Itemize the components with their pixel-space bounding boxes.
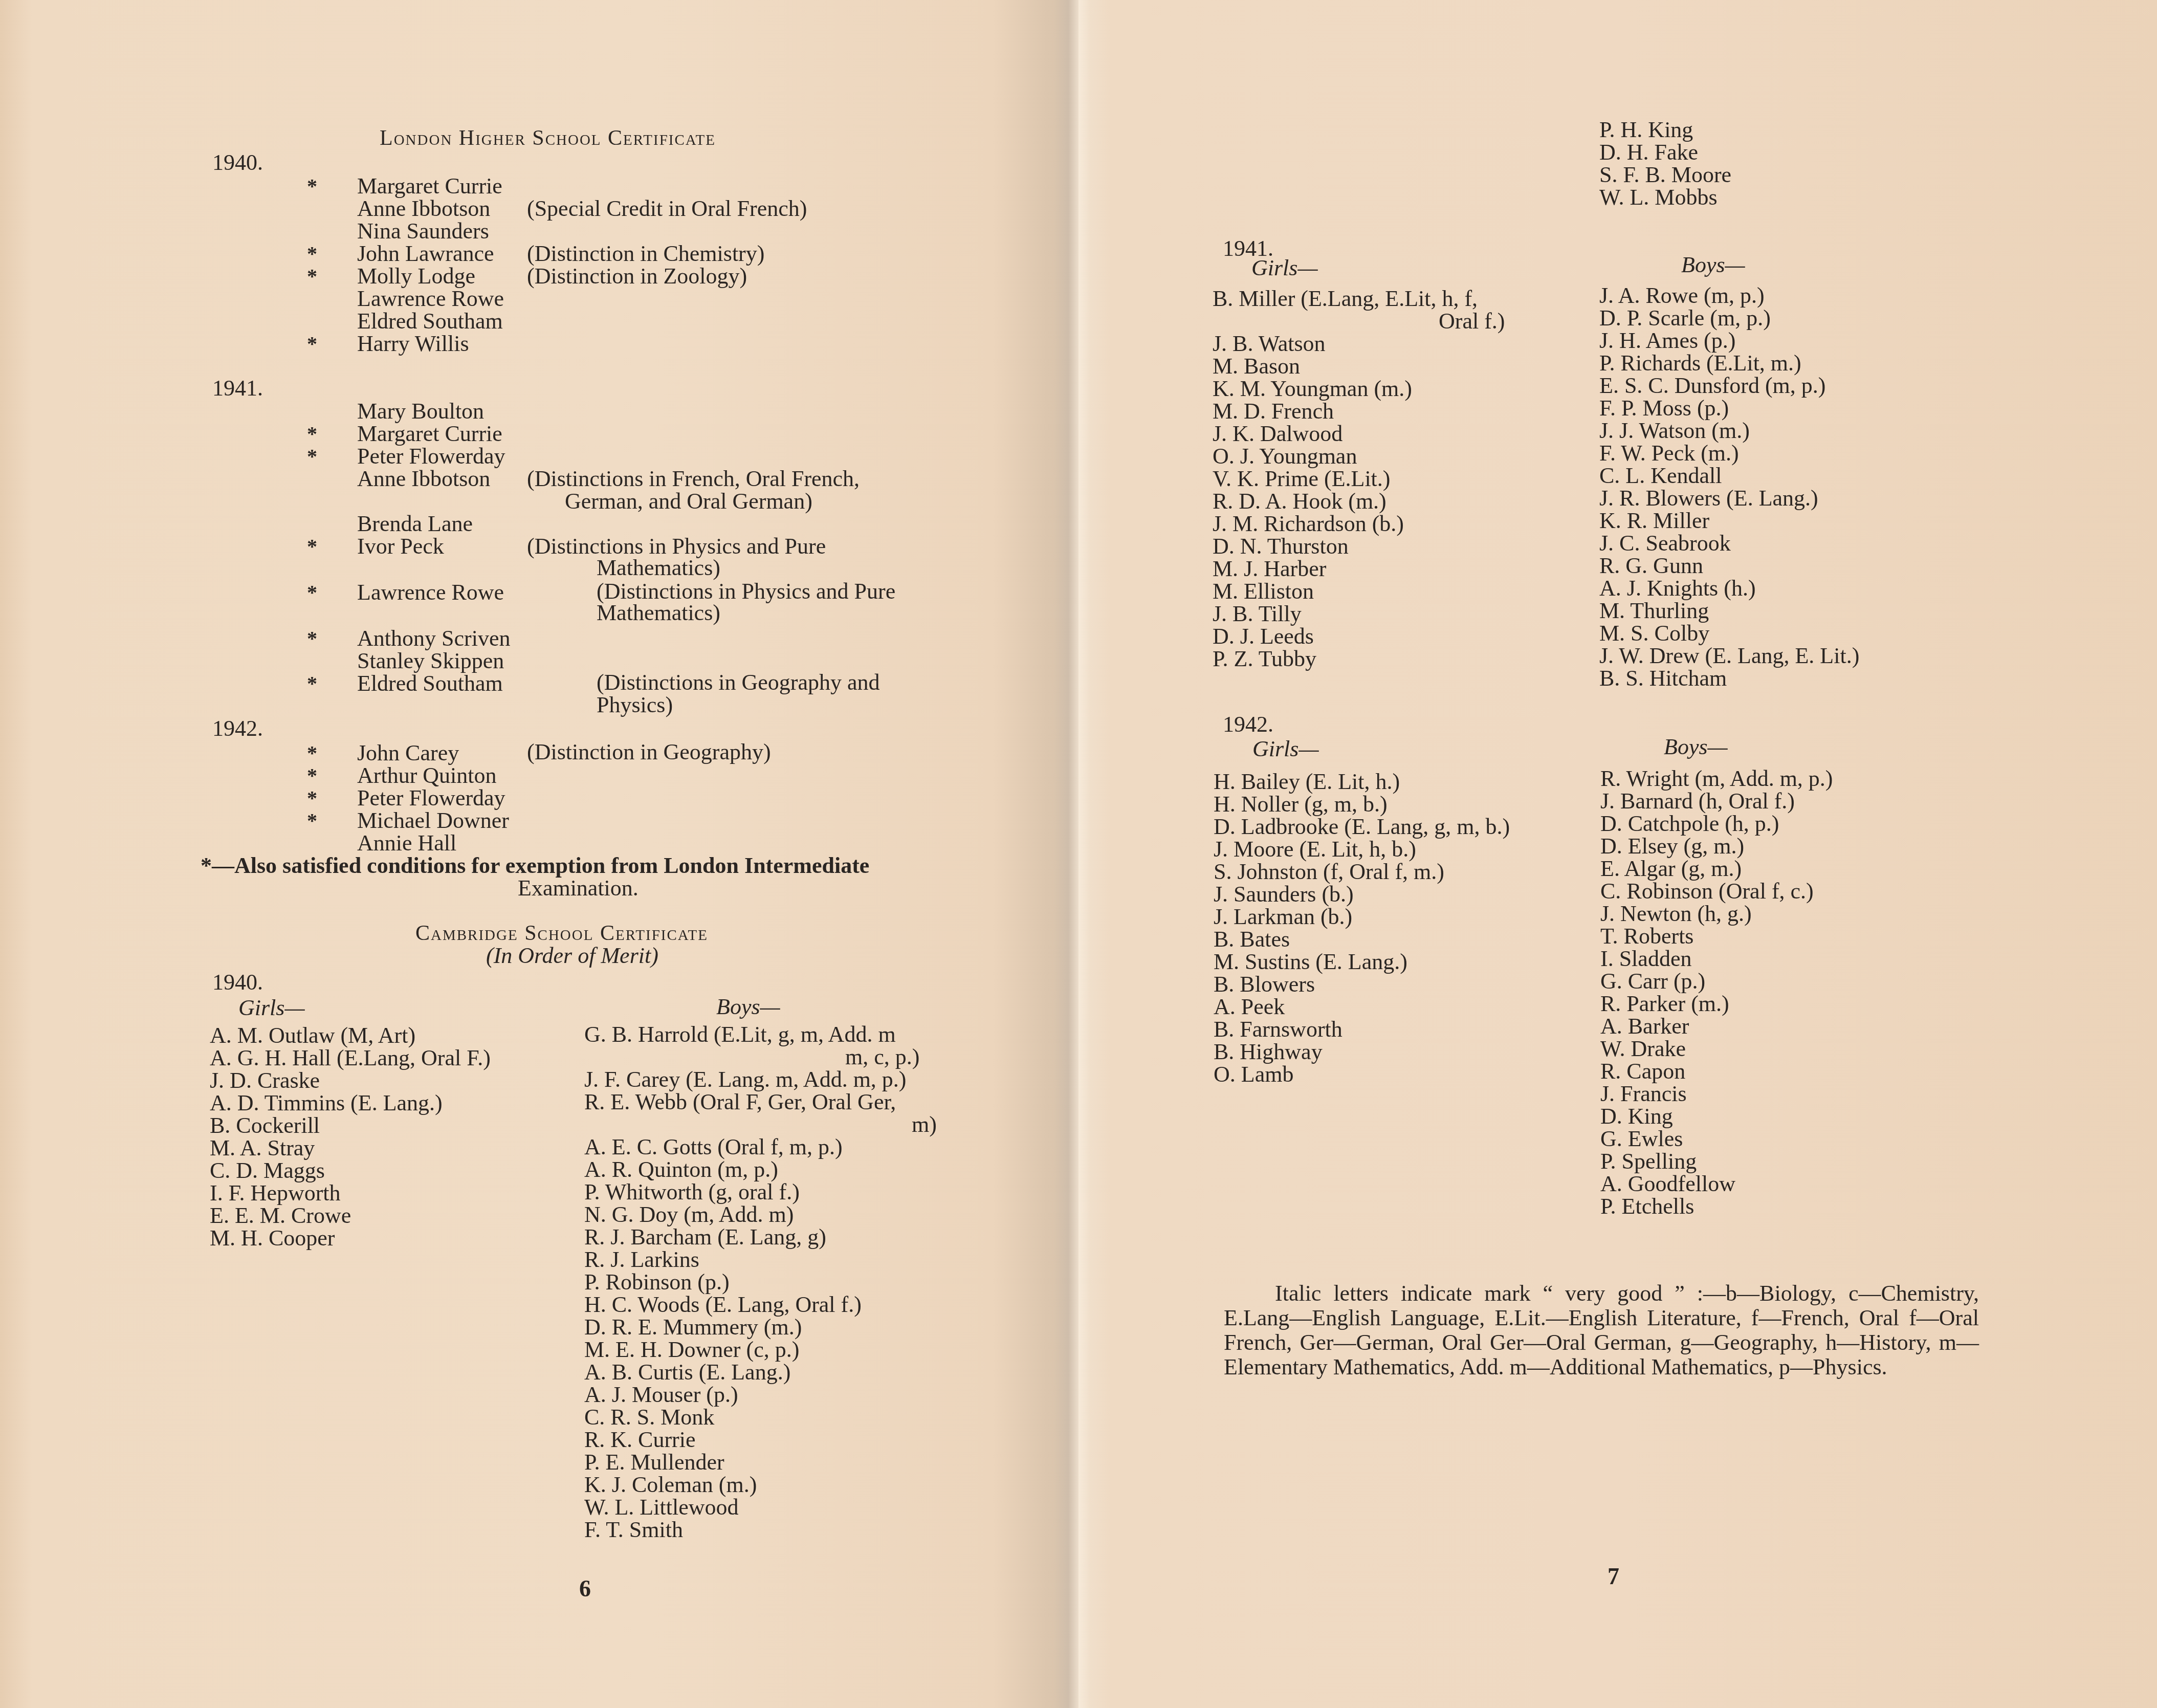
list-item: J. K. Dalwood [1213,423,1505,445]
list-item: K. R. Miller [1599,510,1859,532]
list-item: A. B. Curtis (E. Lang.) [584,1361,937,1384]
list-item: N. G. Doy (m, Add. m) [584,1203,937,1226]
list-item: A. Goodfellow [1600,1173,1833,1195]
list-item: M. A. Stray [210,1137,491,1159]
boys-label: Boys— [1681,254,1745,276]
list-item: P. Z. Tubby [1213,648,1505,670]
entry-note: (Distinction in Zoology) [527,263,747,289]
cambridge-certificate-title: Cambridge School Certificate [415,921,708,946]
entry-note: (Distinction in Geography) [527,739,771,765]
cambridge-1942-boys-list: R. Wright (m, Add. m, p.) J. Barnard (h,… [1600,768,1833,1218]
boys-label: Boys— [716,996,780,1018]
list-item: D. P. Scarle (m, p.) [1599,307,1859,330]
list-item: I. F. Hepworth [210,1182,491,1205]
list-item: R. Parker (m.) [1600,993,1833,1015]
asterisk-marker: * [307,444,317,468]
asterisk-marker: * [307,763,317,787]
list-item: A. G. H. Hall (E.Lang, Oral F.) [210,1047,491,1069]
entry-name: Lawrence Rowe [357,579,504,605]
list-item: M. S. Colby [1599,622,1859,645]
year-heading: 1940. [212,971,263,994]
list-item: H. Bailey (E. Lit, h.) [1214,771,1510,793]
list-item: A. Peek [1214,996,1510,1018]
list-item: A. D. Timmins (E. Lang.) [210,1092,491,1114]
list-item: R. K. Currie [584,1429,937,1451]
entry-name: Harry Willis [357,331,469,357]
list-item: K. M. Youngman (m.) [1213,378,1505,400]
cambridge-1941-boys-list: J. A. Rowe (m, p.) D. P. Scarle (m, p.) … [1599,284,1859,690]
list-item: W. L. Littlewood [584,1496,937,1519]
year-heading: 1942. [212,717,263,740]
list-item: G. Ewles [1600,1128,1833,1150]
list-item: G. B. Harrold (E.Lit, g, m, Add. m [584,1023,937,1046]
list-item: J. J. Watson (m.) [1599,420,1859,442]
list-item: T. Roberts [1600,925,1833,948]
list-item: D. R. E. Mummery (m.) [584,1316,937,1339]
list-item: R. J. Larkins [584,1249,937,1271]
list-item-continued: m, c, p.) [584,1046,937,1068]
asterisk-marker: * [307,264,317,288]
list-item: J. Larkman (b.) [1214,906,1510,928]
entry-note-continued: German, and Oral German) [565,488,812,514]
list-item: J. B. Tilly [1213,603,1505,625]
list-item: R. G. Gunn [1599,555,1859,577]
list-item: P. Robinson (p.) [584,1271,937,1294]
entry-name: Anne Ibbotson [357,466,490,492]
list-item: B. Cockerill [210,1114,491,1137]
list-item: C. Robinson (Oral f, c.) [1600,880,1833,903]
list-item: P. H. King [1599,119,1731,141]
list-item: D. Elsey (g, m.) [1600,835,1833,858]
list-item: B. Highway [1214,1041,1510,1063]
list-item: W. Drake [1600,1038,1833,1060]
cambridge-1940-boys-continued: P. H. King D. H. Fake S. F. B. Moore W. … [1599,119,1731,209]
list-item: F. W. Peck (m.) [1599,442,1859,465]
year-heading: 1942. [1223,713,1273,736]
list-item: M. Thurling [1599,600,1859,622]
entry-note: (Special Credit in Oral French) [527,195,807,222]
list-item: D. Ladbrooke (E. Lang, g, m, b.) [1214,816,1510,838]
list-item: P. Spelling [1600,1150,1833,1173]
list-item: R. Wright (m, Add. m, p.) [1600,768,1833,790]
list-item: J. R. Blowers (E. Lang.) [1599,487,1859,510]
asterisk-marker: * [307,671,317,695]
list-item: W. L. Mobbs [1599,186,1731,209]
list-item: J. B. Watson [1213,333,1505,355]
list-item: B. Bates [1214,928,1510,951]
asterisk-marker: * [307,808,317,833]
cambridge-subtitle: (In Order of Merit) [486,945,658,967]
list-item: J. Newton (h, g.) [1600,903,1833,925]
girls-label: Girls— [1252,738,1319,760]
list-item: D. J. Leeds [1213,625,1505,648]
list-item: J. A. Rowe (m, p.) [1599,284,1859,307]
list-item: A. J. Knights (h.) [1599,577,1859,600]
asterisk-marker: * [307,786,317,810]
london-certificate-title: London Higher School Certificate [380,126,716,150]
year-heading: 1941. [212,377,263,400]
boys-label: Boys— [1664,736,1728,758]
list-item: R. Capon [1600,1060,1833,1083]
list-item-continued: m) [584,1113,937,1136]
list-item: J. M. Richardson (b.) [1213,513,1505,535]
list-item: M. Sustins (E. Lang.) [1214,951,1510,973]
asterisk-marker: * [307,332,317,356]
list-item: R. E. Webb (Oral F, Ger, Oral Ger, [584,1091,937,1113]
asterisk-marker: * [307,741,317,765]
list-item: G. Carr (p.) [1600,970,1833,993]
list-item: O. J. Youngman [1213,445,1505,468]
list-item: J. Moore (E. Lit, h, b.) [1214,838,1510,861]
list-item: M. D. French [1213,400,1505,423]
list-item: J. H. Ames (p.) [1599,330,1859,352]
asterisk-marker: * [307,580,317,604]
list-item: H. Noller (g, m, b.) [1214,793,1510,816]
list-item: J. D. Craske [210,1069,491,1092]
subject-legend: Italic letters indicate mark “ very good… [1224,1281,1979,1379]
list-item: S. Johnston (f, Oral f, m.) [1214,861,1510,883]
list-item: V. K. Prime (E.Lit.) [1213,468,1505,490]
list-item: R. J. Barcham (E. Lang, g) [584,1226,937,1249]
list-item: M. E. H. Downer (c, p.) [584,1339,937,1361]
year-heading: 1940. [212,151,263,174]
list-item: B. S. Hitcham [1599,667,1859,690]
list-item: A. J. Mouser (p.) [584,1384,937,1406]
list-item: M. Bason [1213,355,1505,378]
list-item: F. P. Moss (p.) [1599,397,1859,420]
asterisk-marker: * [307,534,317,558]
london-footnote-continued: Examination. [518,877,639,900]
girls-label: Girls— [238,997,305,1019]
list-item: A. E. C. Gotts (Oral f, m, p.) [584,1136,937,1158]
list-item: J. C. Seabrook [1599,532,1859,555]
cambridge-1940-boys-list: G. B. Harrold (E.Lit, g, m, Add. m m, c,… [584,1023,937,1541]
asterisk-marker: * [307,422,317,446]
entry-note-continued: Mathematics) [597,600,720,626]
entry-note-continued: Physics) [597,692,673,718]
list-item: D. King [1600,1105,1833,1128]
list-item: I. Sladden [1600,948,1833,970]
list-item: C. R. S. Monk [584,1406,937,1429]
list-item: D. H. Fake [1599,141,1731,164]
entry-name: Eldred Southam [357,670,503,696]
list-item: A. Barker [1600,1015,1833,1038]
list-item: C. L. Kendall [1599,465,1859,487]
book-gutter [1054,0,1090,1708]
page-number: 6 [579,1575,591,1602]
list-item: A. R. Quinton (m, p.) [584,1158,937,1181]
list-item: C. D. Maggs [210,1159,491,1182]
list-item: D. Catchpole (h, p.) [1600,813,1833,835]
list-item: K. J. Coleman (m.) [584,1474,937,1496]
entry-note-continued: Mathematics) [597,555,720,581]
list-item: B. Blowers [1214,973,1510,996]
list-item: J. W. Drew (E. Lang, E. Lit.) [1599,645,1859,667]
list-item: B. Miller (E.Lang, E.Lit, h, f, [1213,288,1505,310]
list-item: P. Richards (E.Lit, m.) [1599,352,1859,375]
entry-name: Annie Hall [357,830,456,856]
cambridge-1940-girls-list: A. M. Outlaw (M, Art) A. G. H. Hall (E.L… [210,1024,491,1250]
list-item: M. Elliston [1213,580,1505,603]
list-item: J. Barnard (h, Oral f.) [1600,790,1833,813]
list-item: P. Etchells [1600,1195,1833,1218]
list-item: P. Whitworth (g, oral f.) [584,1181,937,1203]
list-item: M. H. Cooper [210,1227,491,1250]
list-item: R. D. A. Hook (m.) [1213,490,1505,513]
list-item: E. E. M. Crowe [210,1205,491,1227]
list-item: E. S. C. Dunsford (m, p.) [1599,375,1859,397]
asterisk-marker: * [307,242,317,266]
girls-label: Girls— [1251,257,1318,279]
list-item: M. J. Harber [1213,558,1505,580]
list-item: O. Lamb [1214,1063,1510,1086]
list-item-continued: Oral f.) [1213,310,1505,333]
list-item: F. T. Smith [584,1519,937,1541]
list-item: D. N. Thurston [1213,535,1505,558]
cambridge-1941-girls-list: B. Miller (E.Lang, E.Lit, h, f, Oral f.)… [1213,288,1505,670]
page-number: 7 [1608,1563,1619,1590]
list-item: J. Saunders (b.) [1214,883,1510,906]
list-item: E. Algar (g, m.) [1600,858,1833,880]
list-item: S. F. B. Moore [1599,164,1731,186]
list-item: H. C. Woods (E. Lang, Oral f.) [584,1294,937,1316]
entry-name: Ivor Peck [357,533,444,559]
cambridge-1942-girls-list: H. Bailey (E. Lit, h.) H. Noller (g, m, … [1214,771,1510,1086]
list-item: P. E. Mullender [584,1451,937,1474]
london-footnote: *—Also satisfied conditions for exemptio… [201,855,869,877]
list-item: A. M. Outlaw (M, Art) [210,1024,491,1047]
list-item: J. F. Carey (E. Lang. m, Add. m, p.) [584,1068,937,1091]
asterisk-marker: * [307,174,317,198]
list-item: B. Farnsworth [1214,1018,1510,1041]
asterisk-marker: * [307,626,317,650]
list-item: J. Francis [1600,1083,1833,1105]
